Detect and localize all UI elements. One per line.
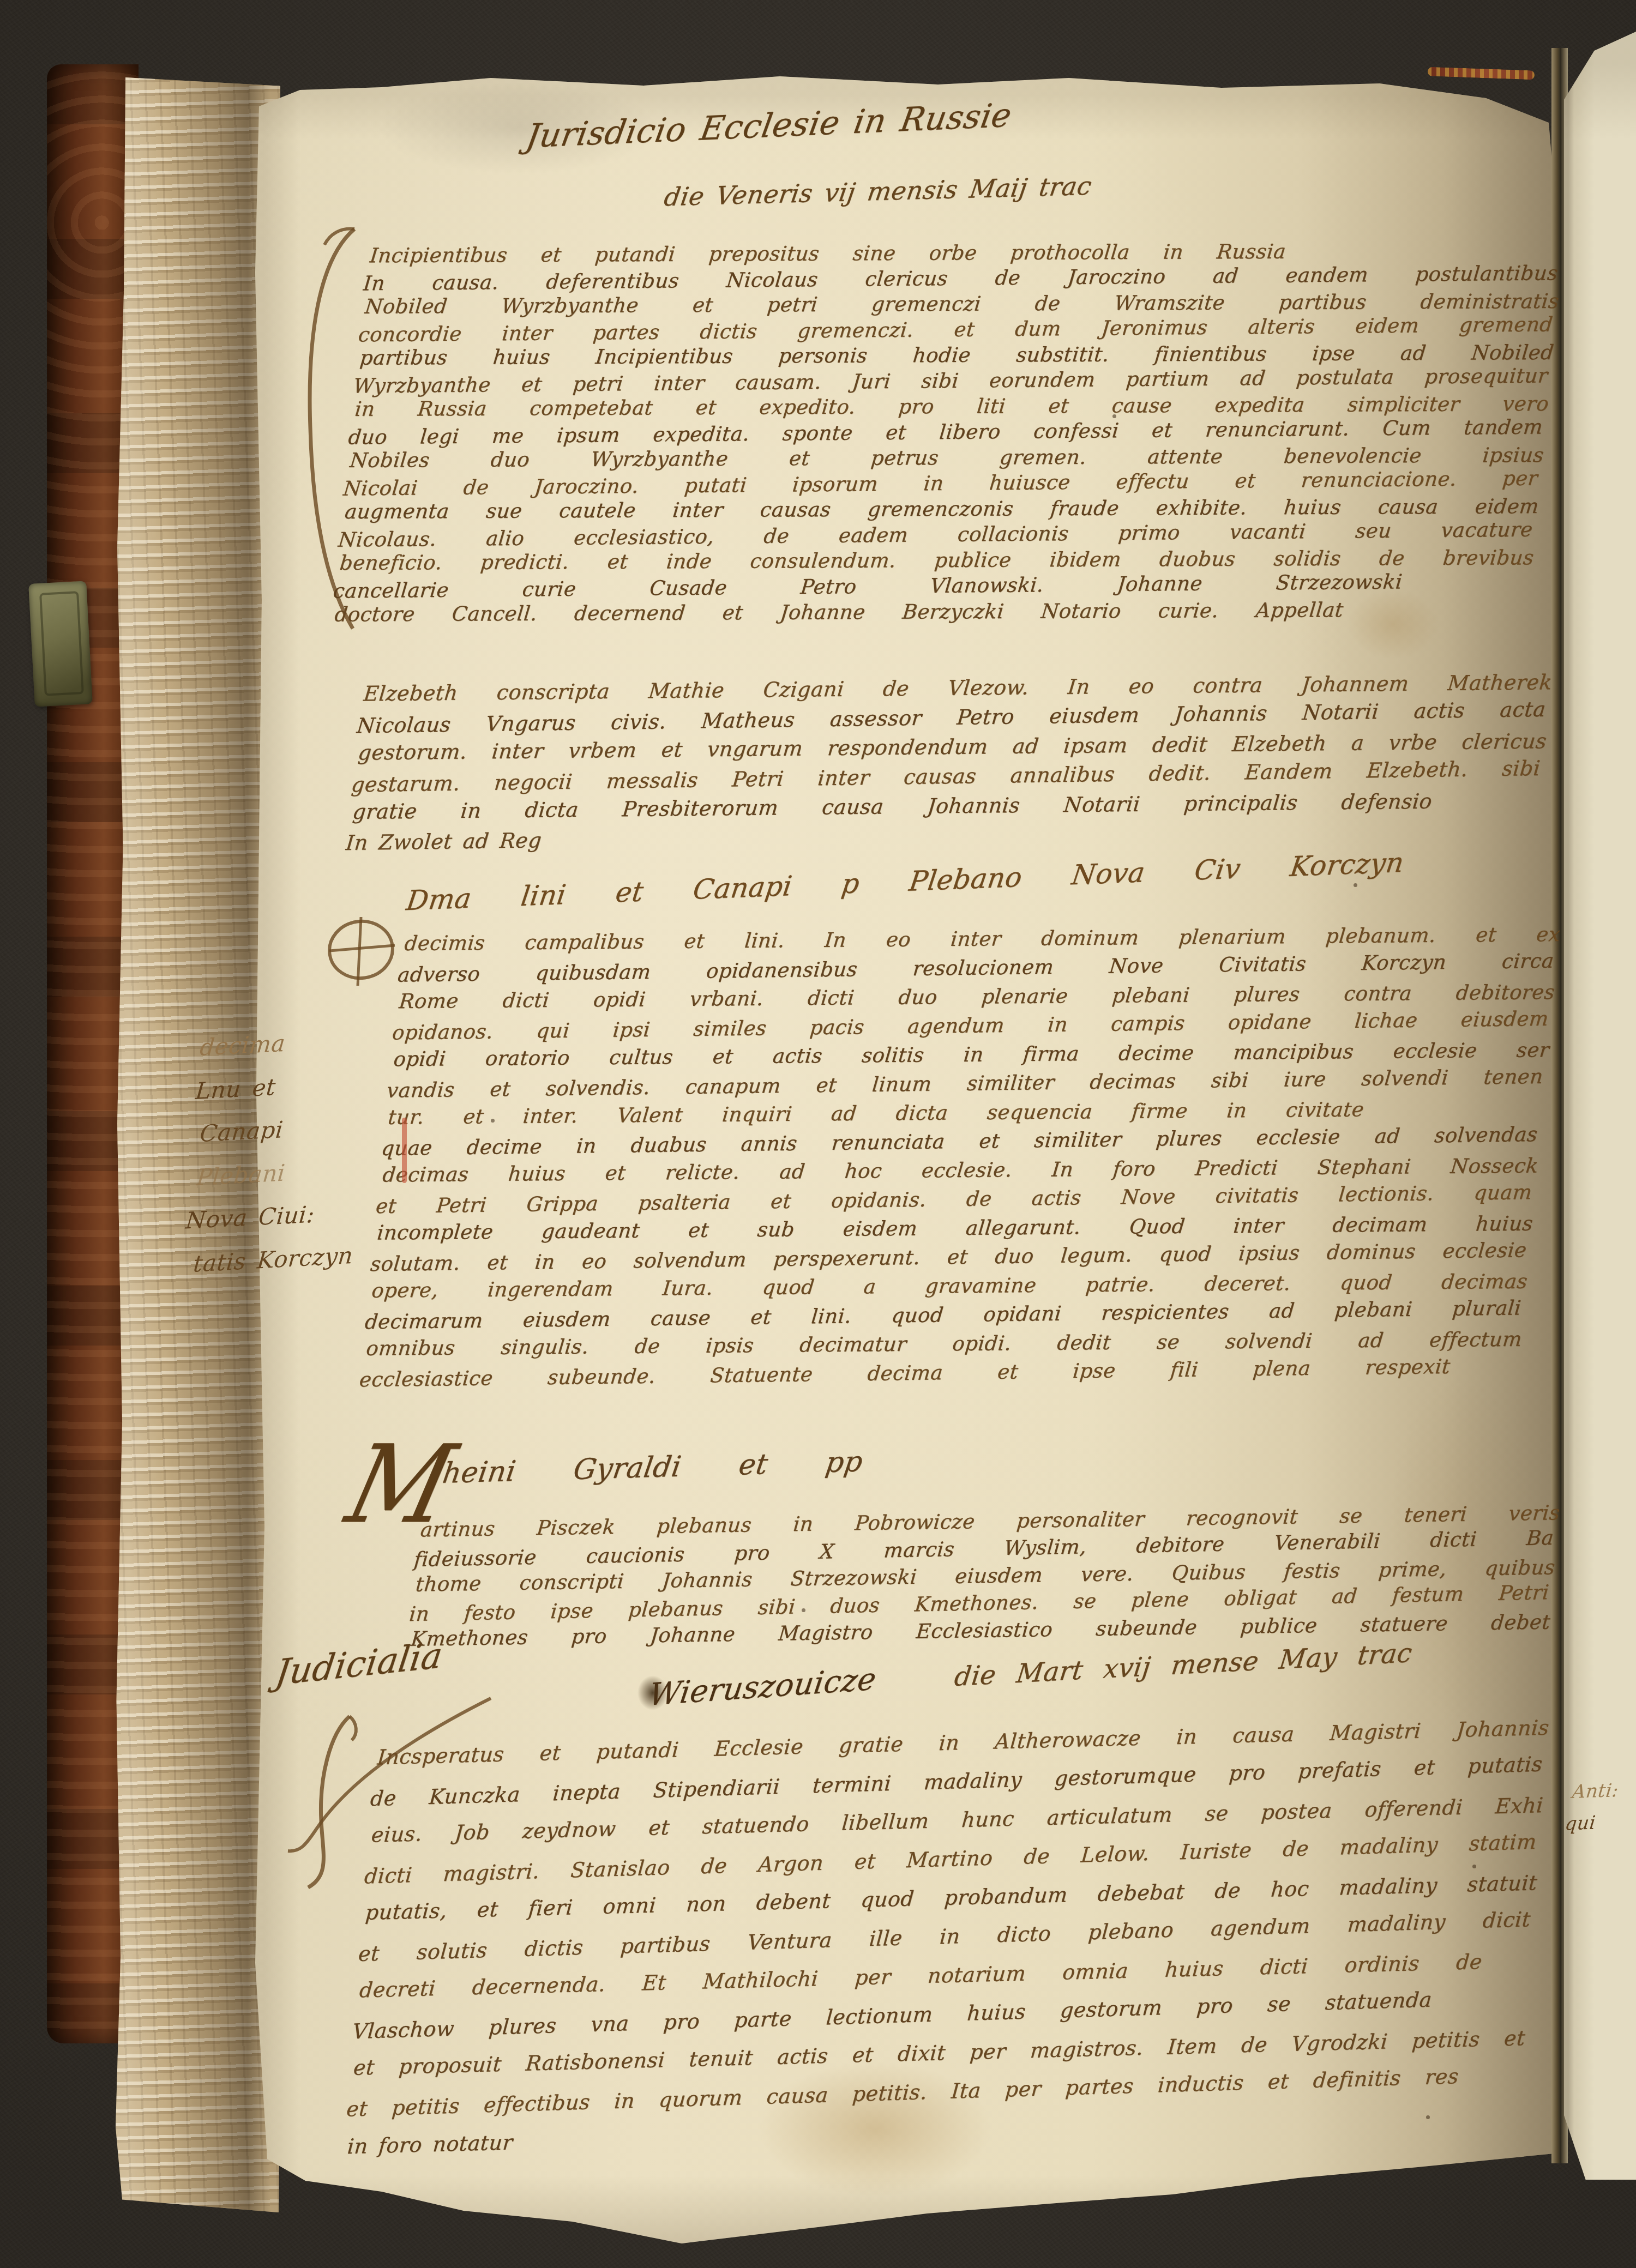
paragraph-3: decimis campalibus et lini. In eo inter … xyxy=(360,918,1560,1393)
manuscript-photo: Jurisdicio Ecclesie in Russie die Veneri… xyxy=(0,0,1636,2268)
red-headband xyxy=(1428,67,1535,80)
facing-page-margin-note: Anti:qui xyxy=(1565,1774,1636,1839)
margin-note-decima: decimaLnu etCanapiPlebaniNova Ciui:tatis… xyxy=(177,1014,439,1286)
facing-page-edge xyxy=(1564,32,1636,2180)
paragraph-5: Incsperatus et putandi Ecclesie gratie i… xyxy=(344,1707,1548,2167)
manuscript-text-line: in foro notatur xyxy=(346,2120,621,2166)
manuscript-text-line: doctore Cancell. decernend et Johanne Be… xyxy=(334,597,1345,627)
red-pigment-mark xyxy=(402,1118,407,1183)
manuscript-text-line: In Zwolet ad Reg xyxy=(345,823,685,858)
paragraph3-initial-mark xyxy=(325,915,399,988)
paragraph-2: Elzebeth conscripta Mathie Czigani de Vl… xyxy=(346,666,1551,857)
paragraph5-initial-flourish xyxy=(297,1712,368,1892)
facing-margin-line: Anti: xyxy=(1571,1774,1636,1808)
ink-speck xyxy=(1354,883,1357,887)
paragraph-4: artinus Pisczek plebanus in Pobrowicze p… xyxy=(407,1498,1559,1655)
paragraph-1: Incipientibus et putandi prepositus sine… xyxy=(331,236,1563,629)
facing-margin-line: qui xyxy=(1563,1806,1636,1840)
brass-clasp xyxy=(28,581,93,707)
